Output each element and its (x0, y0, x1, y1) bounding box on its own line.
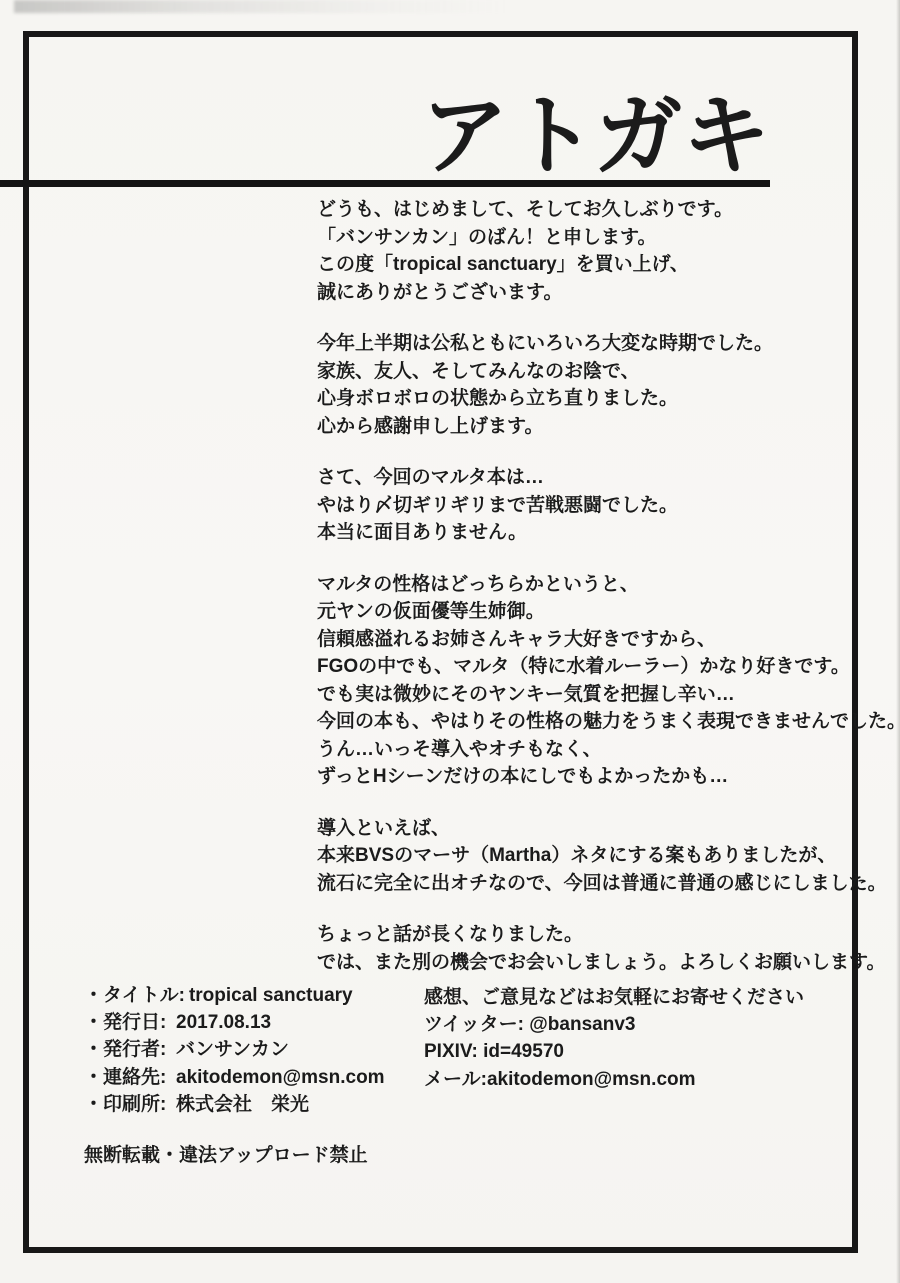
body-line: やはり〆切ギリギリまで苦戦悪闘でした。 (317, 492, 877, 520)
body-line: 今年上半期は公私ともにいろいろ大変な時期でした。 (317, 330, 877, 358)
colophon-row-publisher: ・発行者: バンサンカン (84, 1036, 385, 1063)
body-line: うん…いっそ導入やオチもなく、 (317, 736, 877, 764)
page-title: アトガキ (421, 92, 770, 180)
body-line: 心身ボロボロの状態から立ち直りました。 (317, 385, 877, 413)
colophon-value-title: tropical sanctuary (189, 982, 353, 1009)
colophon-value-printer: 株式会社 栄光 (176, 1091, 309, 1118)
body-paragraph-2: 今年上半期は公私ともにいろいろ大変な時期でした。 家族、友人、そしてみんなのお陰… (317, 330, 877, 440)
body-line: 導入といえば、 (317, 815, 877, 843)
body-line: マルタの性格はどっちらかというと、 (317, 571, 877, 599)
colophon-row-printer: ・印刷所: 株式会社 栄光 (84, 1091, 385, 1118)
colophon-value-date: 2017.08.13 (176, 1009, 271, 1036)
body-line: どうも、はじめまして、そしてお久しぶりです。 (317, 196, 877, 224)
body-line: 流石に完全に出オチなので、今回は普通に普通の感じにしました。 (317, 870, 877, 898)
colophon-row-date: ・発行日: 2017.08.13 (84, 1009, 385, 1036)
colophon-value-publisher: バンサンカン (176, 1036, 289, 1063)
body-line: 信頼感溢れるお姉さんキャラ大好きですから、 (317, 626, 877, 654)
body-line: では、また別の機会でお会いしましょう。よろしくお願いします。 (317, 949, 877, 977)
colophon-row-contact: ・連絡先: akitodemon@msn.com (84, 1064, 385, 1091)
colophon-label-printer: ・印刷所: (84, 1091, 172, 1118)
body-paragraph-6: ちょっと話が長くなりました。 では、また別の機会でお会いしましょう。よろしくお願… (317, 921, 877, 976)
body-line: 本当に面目ありません。 (317, 519, 877, 547)
colophon-right: 感想、ご意見などはお気軽にお寄せください ツイッター: @bansanv3 PI… (424, 984, 804, 1093)
body-line: でも実は微妙にそのヤンキー気質を把握し辛い… (317, 681, 877, 709)
colophon-value-contact: akitodemon@msn.com (176, 1064, 385, 1091)
body-line: 元ヤンの仮面優等生姉御。 (317, 598, 877, 626)
body-line: 今回の本も、やはりその性格の魅力をうまく表現できませんでした。 (317, 708, 877, 736)
body-line: 本来BVSのマーサ（Martha）ネタにする案もありましたが、 (317, 842, 877, 870)
body-line: 心から感謝申し上げます。 (317, 413, 877, 441)
body-line: 「バンサンカン」のばん！と申します。 (317, 224, 877, 252)
body-line: さて、今回のマルタ本は… (317, 464, 877, 492)
colophon-left: ・タイトル: tropical sanctuary ・発行日: 2017.08.… (84, 982, 385, 1118)
pixiv-id: PIXIV: id=49570 (424, 1038, 804, 1065)
colophon-row-title: ・タイトル: tropical sanctuary (84, 982, 385, 1009)
colophon-label-title: ・タイトル: (84, 982, 185, 1009)
body-paragraph-1: どうも、はじめまして、そしてお久しぶりです。 「バンサンカン」のばん！と申します… (317, 196, 877, 306)
body-line: この度「tropical sanctuary」を買い上げ、 (317, 251, 877, 279)
colophon-label-contact: ・連絡先: (84, 1064, 172, 1091)
body-line: ずっとHシーンだけの本にしでもよかったかも… (317, 763, 877, 791)
email-address: メール:akitodemon@msn.com (424, 1066, 804, 1093)
body-line: 家族、友人、そしてみんなのお陰で、 (317, 358, 877, 386)
afterword-body: どうも、はじめまして、そしてお久しぶりです。 「バンサンカン」のばん！と申します… (317, 196, 877, 1000)
page-edge-shadow (896, 0, 900, 1283)
reproduction-notice: 無断転載・違法アップロード禁止 (84, 1140, 368, 1167)
body-paragraph-4: マルタの性格はどっちらかというと、 元ヤンの仮面優等生姉御。 信頼感溢れるお姉さ… (317, 571, 877, 791)
body-paragraph-3: さて、今回のマルタ本は… やはり〆切ギリギリまで苦戦悪闘でした。 本当に面目あり… (317, 464, 877, 547)
body-paragraph-5: 導入といえば、 本来BVSのマーサ（Martha）ネタにする案もありましたが、 … (317, 815, 877, 898)
scan-artifact (14, 0, 534, 13)
colophon-label-publisher: ・発行者: (84, 1036, 172, 1063)
body-line: FGOの中でも、マルタ（特に水着ルーラー）かなり好きです。 (317, 653, 877, 681)
afterword-page: アトガキ どうも、はじめまして、そしてお久しぶりです。 「バンサンカン」のばん！… (0, 0, 900, 1283)
twitter-handle: ツイッター: @bansanv3 (424, 1011, 804, 1038)
body-line: 誠にありがとうございます。 (317, 279, 877, 307)
feedback-invitation: 感想、ご意見などはお気軽にお寄せください (424, 984, 804, 1011)
body-line: ちょっと話が長くなりました。 (317, 921, 877, 949)
colophon-label-date: ・発行日: (84, 1009, 172, 1036)
